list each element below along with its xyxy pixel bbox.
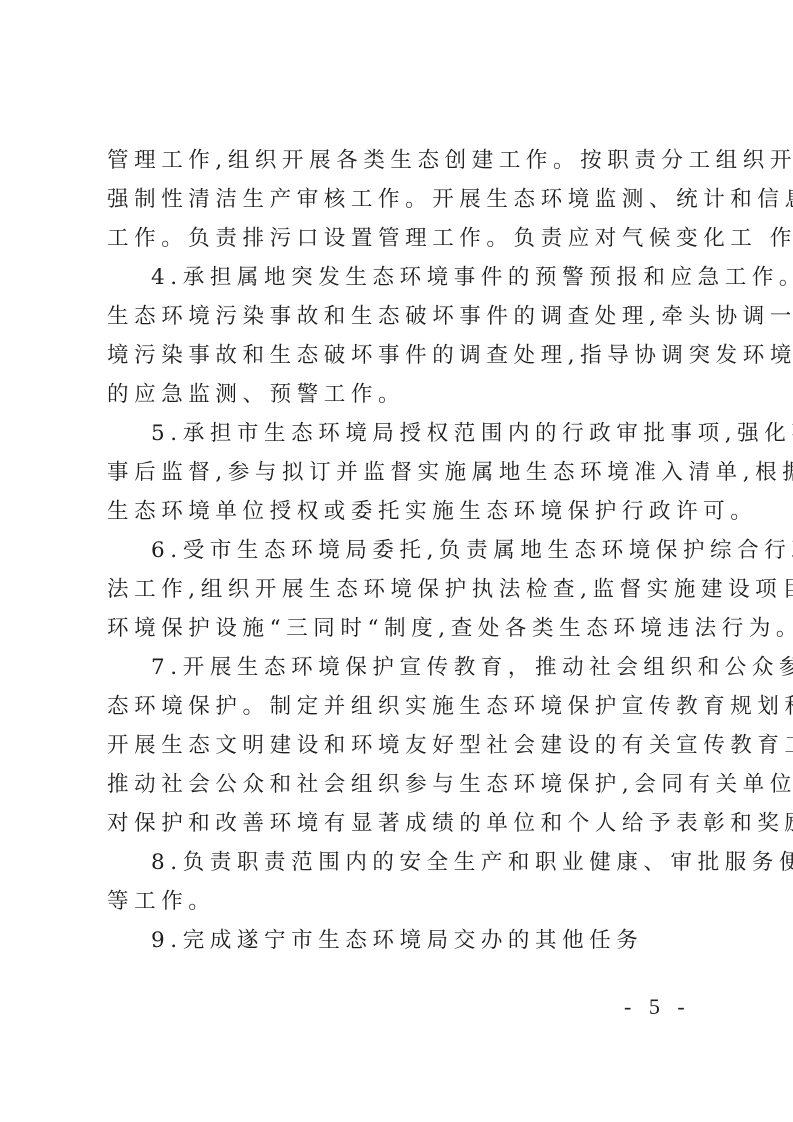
text-line: 生态环境污染事故和生态破坏事件的调查处理,牵头协调一 般环 — [107, 297, 697, 336]
text-line: 法工作,组织开展生态环境保护执法检查,监督实施建设项目生态 — [107, 570, 697, 609]
text-line: 6.受市生态环境局委托,负责属地生态环境保护综合行政执 — [107, 531, 697, 570]
text-line: 7.开展生态环境保护宣传教育，推动社会组织和公众参与生 — [107, 648, 697, 687]
text-line: 等工作。 — [107, 882, 697, 921]
text-line: 推动社会公众和社会组织参与生态环境保护,会同有关单位依法 — [107, 765, 697, 804]
text-line: 态环境保护。制定并组织实施生态环境保护宣传教育规划和计划, — [107, 687, 697, 726]
paragraph-item-6: 6.受市生态环境局委托,负责属地生态环境保护综合行政执 法工作,组织开展生态环境… — [107, 531, 697, 648]
page-number: - 5 - — [624, 994, 691, 1020]
text-line: 的应急监测、预警工作。 — [107, 375, 697, 414]
text-line: 对保护和改善环境有显著成绩的单位和个人给予表彰和奖励。 — [107, 804, 697, 843]
paragraph-item-7: 7.开展生态环境保护宣传教育，推动社会组织和公众参与生 态环境保护。制定并组织实… — [107, 648, 697, 843]
document-body: 管理工作,组织开展各类生态创建工作。按职责分工组织开展属地 强制性清洁生产审核工… — [107, 141, 697, 960]
text-line: 管理工作,组织开展各类生态创建工作。按职责分工组织开展属地 — [107, 141, 697, 180]
text-line: 9.完成遂宁市生态环境局交办的其他任务 — [107, 921, 697, 960]
text-line: 事后监督,参与拟订并监督实施属地生态环境准入清单,根据上级 — [107, 453, 697, 492]
paragraph-item-4: 4.承担属地突发生态环境事件的预警预报和应急工作。参与 生态环境污染事故和生态破… — [107, 258, 697, 414]
text-line: 开展生态文明建设和环境友好型社会建设的有关宣传教育工作, — [107, 726, 697, 765]
paragraph-item-8: 8.负责职责范围内的安全生产和职业健康、审批服务便 民化 等工作。 — [107, 843, 697, 921]
text-line: 环境保护设施“三同时“制度,查处各类生态环境违法行为。 — [107, 609, 697, 648]
text-line: 5.承担市生态环境局授权范围内的行政审批事项,强化事中 — [107, 414, 697, 453]
paragraph-item-9: 9.完成遂宁市生态环境局交办的其他任务 — [107, 921, 697, 960]
text-line: 境污染事故和生态破坏事件的调查处理,指导协调突发环境事件 — [107, 336, 697, 375]
text-line: 工作。负责排污口设置管理工作。负责应对气候变化工 作。 — [107, 219, 697, 258]
paragraph-continuation: 管理工作,组织开展各类生态创建工作。按职责分工组织开展属地 强制性清洁生产审核工… — [107, 141, 697, 258]
document-page: 管理工作,组织开展各类生态创建工作。按职责分工组织开展属地 强制性清洁生产审核工… — [0, 0, 793, 1122]
text-line: 强制性清洁生产审核工作。开展生态环境监测、统计和信息发布 — [107, 180, 697, 219]
text-line: 8.负责职责范围内的安全生产和职业健康、审批服务便 民化 — [107, 843, 697, 882]
paragraph-item-5: 5.承担市生态环境局授权范围内的行政审批事项,强化事中 事后监督,参与拟订并监督… — [107, 414, 697, 531]
text-line: 4.承担属地突发生态环境事件的预警预报和应急工作。参与 — [107, 258, 697, 297]
text-line: 生态环境单位授权或委托实施生态环境保护行政许可。 — [107, 492, 697, 531]
